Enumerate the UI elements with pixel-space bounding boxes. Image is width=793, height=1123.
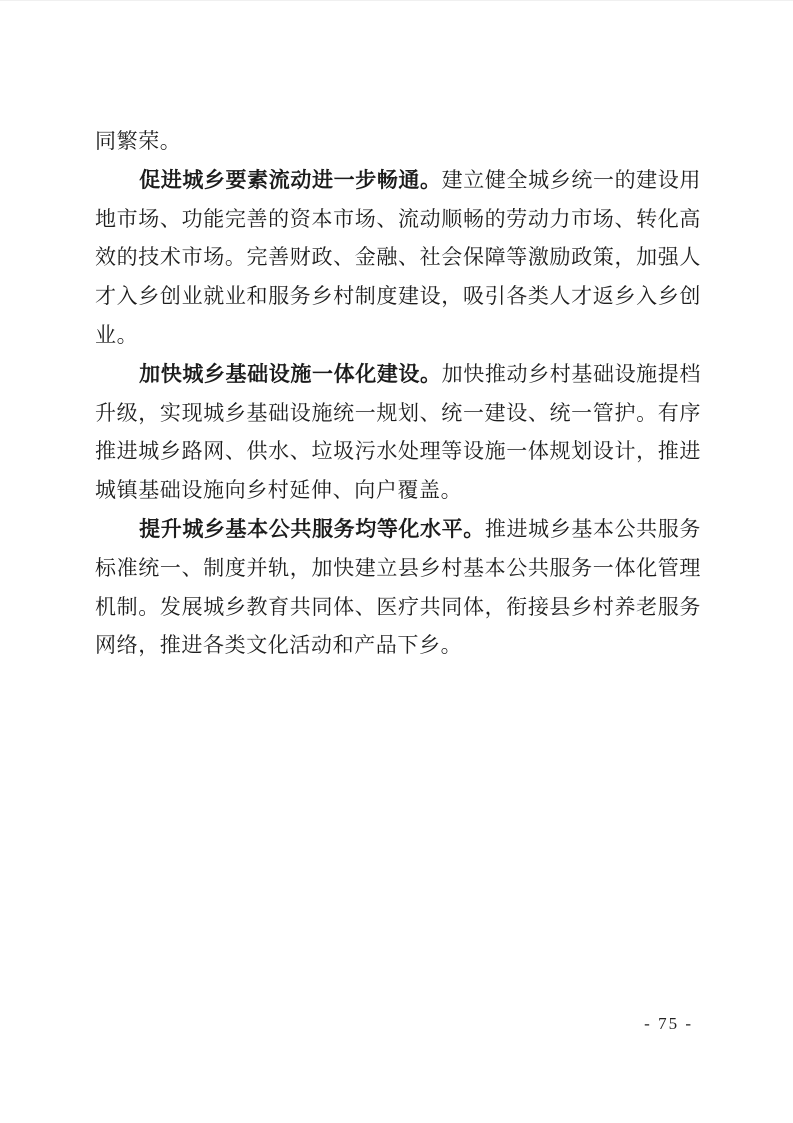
document-content: 同繁荣。 促进城乡要素流动进一步畅通。建立健全城乡统一的建设用地市场、功能完善的… bbox=[95, 122, 701, 665]
document-page: 同繁荣。 促进城乡要素流动进一步畅通。建立健全城乡统一的建设用地市场、功能完善的… bbox=[0, 0, 793, 1123]
paragraph-text: 建立健全城乡统一的建设用地市场、功能完善的资本市场、流动顺畅的劳动力市场、转化高… bbox=[95, 168, 701, 347]
paragraph-infrastructure-integration: 加快城乡基础设施一体化建设。加快推动乡村基础设施提档升级，实现城乡基础设施统一规… bbox=[95, 355, 701, 510]
paragraph-lead: 提升城乡基本公共服务均等化水平。 bbox=[139, 517, 485, 541]
paragraph-lead: 加快城乡基础设施一体化建设。 bbox=[139, 362, 442, 386]
paragraph-public-services-equalization: 提升城乡基本公共服务均等化水平。推进城乡基本公共服务标准统一、制度并轨，加快建立… bbox=[95, 510, 701, 665]
paragraph-continuation: 同繁荣。 bbox=[95, 122, 701, 161]
paragraph-text: 同繁荣。 bbox=[95, 129, 181, 153]
page-number: - 75 - bbox=[644, 1014, 693, 1034]
paragraph-urban-rural-factor-flow: 促进城乡要素流动进一步畅通。建立健全城乡统一的建设用地市场、功能完善的资本市场、… bbox=[95, 161, 701, 355]
paragraph-lead: 促进城乡要素流动进一步畅通。 bbox=[139, 168, 442, 192]
